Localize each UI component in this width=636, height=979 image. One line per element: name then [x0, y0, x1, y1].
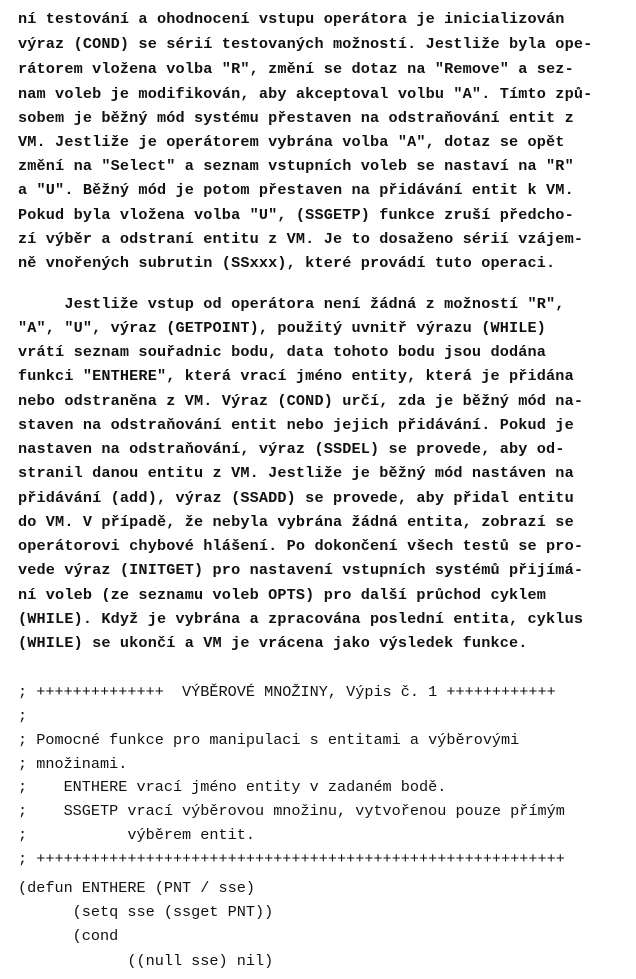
text-line: ní voleb (ze seznamu voleb OPTS) pro dal…	[18, 585, 546, 605]
text-line: operátorovi chybové hlášení. Po dokončen…	[18, 536, 583, 556]
text-line: do VM. V případě, že nebyla vybrána žádn…	[18, 512, 574, 532]
text-line: (WHILE) se ukončí a VM je vrácena jako v…	[18, 633, 528, 653]
text-line: ní testování a ohodnocení vstupu operáto…	[18, 9, 565, 29]
comment-line: ; Pomocné funkce pro manipulaci s entita…	[18, 730, 519, 750]
text-line: vede výraz (INITGET) pro nastavení vstup…	[18, 560, 583, 580]
code-line: (setq sse (ssget PNT))	[18, 902, 273, 922]
scanned-page: ní testování a ohodnocení vstupu operáto…	[0, 0, 636, 979]
text-line: změní na "Select" a seznam vstupních vol…	[18, 156, 574, 176]
text-line: vrátí seznam souřadnic bodu, data tohoto…	[18, 342, 546, 362]
text-line: sobem je běžný mód systému přestaven na …	[18, 108, 574, 128]
text-line: VM. Jestliže je operátorem vybrána volba…	[18, 132, 565, 152]
comment-line: ; ENTHERE vrací jméno entity v zadaném b…	[18, 777, 446, 797]
text-line: Pokud byla vložena volba "U", (SSGETP) f…	[18, 205, 574, 225]
text-line: "A", "U", výraz (GETPOINT), použitý uvni…	[18, 318, 546, 338]
code-line: ((null sse) nil)	[18, 951, 273, 971]
text-line: a "U". Běžný mód je potom přestaven na p…	[18, 180, 574, 200]
text-line: staven na odstraňování entit nebo jejich…	[18, 415, 574, 435]
text-line: přidávání (add), výraz (SSADD) se proved…	[18, 488, 574, 508]
code-line: (defun ENTHERE (PNT / sse)	[18, 878, 255, 898]
text-line: nastaven na odstraňování, výraz (SSDEL) …	[18, 439, 565, 459]
text-line: zí výběr a odstraní entitu z VM. Je to d…	[18, 229, 583, 249]
text-line: výraz (COND) se sérií testovaných možnos…	[18, 34, 592, 54]
comment-line: ;	[18, 706, 27, 726]
text-line: rátorem vložena volba "R", změní se dota…	[18, 59, 574, 79]
text-line: stranil danou entitu z VM. Jestliže je b…	[18, 463, 574, 483]
text-line: nebo odstraněna z VM. Výraz (COND) určí,…	[18, 391, 583, 411]
text-line: nam voleb je modifikován, aby akceptoval…	[18, 84, 592, 104]
text-line: Jestliže vstup od operátora není žádná z…	[18, 294, 565, 314]
text-line: ně vnořených subrutin (SSxxx), které pro…	[18, 253, 555, 273]
listing-title-line: ; ++++++++++++++ VÝBĚROVÉ MNOŽINY, Výpis…	[18, 682, 556, 702]
comment-line: ; výběrem entit.	[18, 825, 255, 845]
code-line: (cond	[18, 926, 118, 946]
text-line: funkci "ENTHERE", která vrací jméno enti…	[18, 366, 574, 386]
text-line: (WHILE). Když je vybrána a zpracována po…	[18, 609, 583, 629]
comment-separator-line: ; ++++++++++++++++++++++++++++++++++++++…	[18, 849, 565, 869]
comment-line: ; SSGETP vrací výběrovou množinu, vytvoř…	[18, 801, 565, 821]
comment-line: ; množinami.	[18, 754, 127, 774]
